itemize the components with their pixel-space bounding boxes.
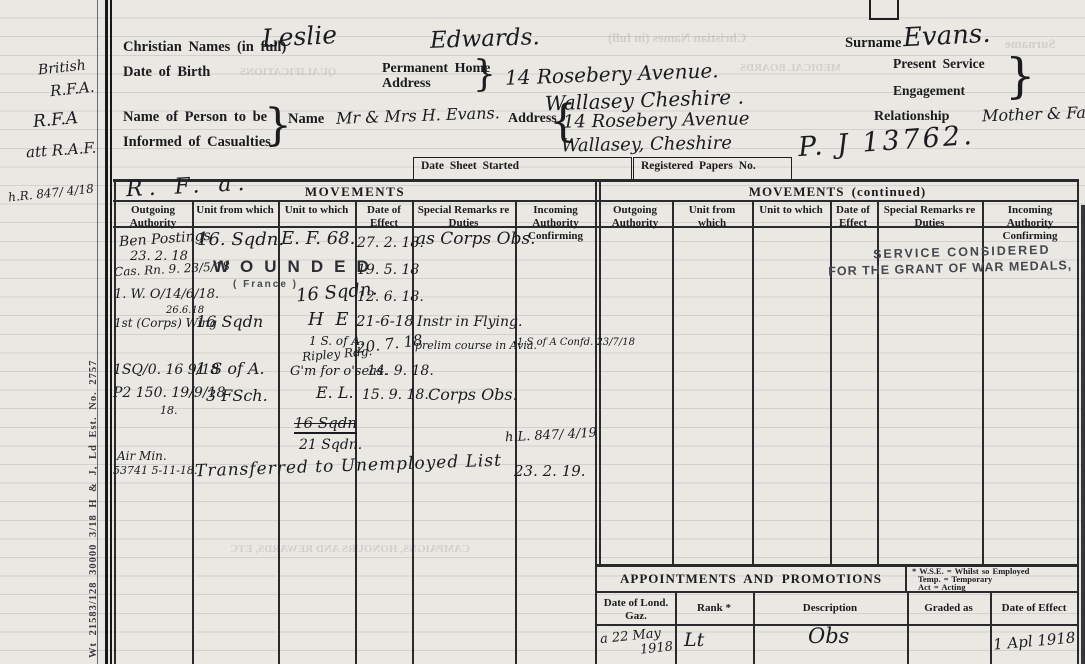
entry8-struck-unit: 16 Sqdn bbox=[294, 414, 357, 434]
appt-date-effect: 1 Apl 1918 bbox=[992, 628, 1076, 653]
col2-unit-to: Unit to which bbox=[754, 204, 828, 217]
left-table-border-left bbox=[114, 179, 116, 664]
page-fold-line-heavy2 bbox=[110, 0, 112, 664]
appointments-divider-4 bbox=[990, 591, 992, 664]
ghost-campaigns: CAMPAIGNS, HONOURS AND REWARDS, ETC bbox=[230, 543, 470, 555]
date-of-birth-label: Date of Birth bbox=[123, 64, 210, 81]
entry7-unit-from: 3 FSch. bbox=[206, 386, 268, 405]
service-engagement-brace: } bbox=[1005, 48, 1036, 104]
appointments-divider-2 bbox=[753, 591, 755, 664]
margin-note-att-raf: att R.A.F. bbox=[25, 139, 96, 162]
appointments-header-top bbox=[597, 591, 1078, 593]
entry3-date: 12. 6. 18. bbox=[357, 289, 424, 305]
registered-papers-label: Registered Papers No. bbox=[641, 160, 756, 172]
margin-ref-number: h.R. 847/ 4/18 bbox=[8, 182, 95, 205]
entry3-authority: 1. W. O/14/6/18. bbox=[114, 287, 219, 302]
casualties-label-line1: Name of Person to be bbox=[123, 109, 267, 126]
col2-unit-from: Unit from which bbox=[674, 204, 750, 230]
center-divider-heavy2 bbox=[599, 179, 601, 565]
date-sheet-started-label: Date Sheet Started bbox=[421, 160, 519, 172]
entry9-authority1: Air Min. bbox=[117, 449, 167, 463]
col-date-lond-gaz: Date of Lond. Gaz. bbox=[599, 597, 673, 623]
ghost-qualifications: QUALIFICATIONS bbox=[240, 66, 336, 78]
entry1-unit-from: 16. Sqdn. bbox=[197, 229, 284, 250]
appointments-divider-1 bbox=[675, 591, 677, 664]
appointments-divider-3 bbox=[907, 591, 909, 664]
casualty-name-value: Mr & Mrs H. Evans. bbox=[336, 103, 500, 128]
relationship-value: Mother & Father bbox=[982, 102, 1085, 126]
page-fold-line-thin bbox=[97, 0, 98, 664]
col2-outgoing-authority: Outgoing Authority bbox=[599, 204, 671, 230]
col-rank: Rank * bbox=[677, 602, 751, 615]
page-right-edge bbox=[1081, 205, 1085, 664]
entry7-remarks: Corps Obs. bbox=[428, 385, 518, 404]
entry7-unit-to: E. L. bbox=[316, 383, 354, 402]
col-date-effect2: Date of Effect bbox=[992, 602, 1076, 615]
entry8-unit-to: 21 Sqdn. bbox=[299, 437, 362, 453]
col2-incoming-authority: Incoming Authority Confirming bbox=[984, 204, 1076, 243]
permanent-home-address-label: Address bbox=[382, 76, 431, 92]
entry8-ref: h.L. 847/ 4/19 bbox=[505, 426, 598, 446]
col-graded-as: Graded as bbox=[909, 602, 988, 615]
christian-first-value: Leslie bbox=[261, 20, 337, 53]
wounded-stamp-france: ( France ) bbox=[233, 279, 298, 290]
home-address-brace: } bbox=[473, 54, 496, 95]
engagement-label: Engagement bbox=[893, 83, 965, 99]
wounded-stamp: WOUNDED bbox=[213, 257, 380, 277]
movements-title: MOVEMENTS bbox=[113, 184, 597, 200]
ghost-medical-boards: MEDICAL BOARDS bbox=[740, 62, 841, 74]
entry7-date: 15. 9. 18. bbox=[362, 387, 429, 403]
entry9-authority2: 53741 5-11-18. bbox=[113, 464, 197, 477]
entry2-date: 19. 5. 18 bbox=[357, 262, 419, 278]
right-table-divider-1 bbox=[672, 200, 674, 565]
appt-description: Obs bbox=[808, 624, 849, 648]
entry7-authority2: 18. bbox=[160, 404, 178, 417]
appt-date-gaz-2: 1918 bbox=[639, 639, 673, 657]
right-title-underline bbox=[597, 200, 1078, 202]
col2-special-remarks: Special Remarks re Duties bbox=[879, 204, 980, 230]
entry5-incoming: 1 S of A Confd. 23/7/18 bbox=[517, 337, 635, 348]
col-outgoing-authority: Outgoing Authority bbox=[115, 204, 191, 230]
entry6-date: 14. 9. 18. bbox=[367, 363, 434, 379]
margin-note-rfa1: R.F.A. bbox=[49, 78, 95, 101]
christian-middle-value: Edwards. bbox=[430, 24, 541, 54]
col-unit-from: Unit from which bbox=[194, 204, 276, 217]
entry1-unit-to: E. F. 68. bbox=[281, 228, 355, 249]
pj-number-value: P. J 13762. bbox=[797, 120, 975, 163]
entry6-unit-from: 1 S of A. bbox=[196, 359, 265, 378]
appointments-title: APPOINTMENTS AND PROMOTIONS bbox=[597, 571, 905, 587]
right-table-divider-3 bbox=[830, 200, 832, 565]
entry4-unit-from: 16 Sqdn bbox=[196, 312, 263, 331]
entry9-date: 23. 2. 19. bbox=[514, 462, 586, 480]
col-date-of-effect: Date of Effect bbox=[357, 204, 411, 230]
entry1-date: 27. 2. 18. bbox=[357, 235, 424, 251]
entry4-remarks: Instr in Flying. bbox=[417, 314, 522, 330]
casualty-address-line1: 14 Rosebery Avenue bbox=[563, 108, 750, 132]
entry4-unit-to: H E bbox=[308, 309, 352, 330]
surname-value: Evans. bbox=[902, 19, 991, 54]
entry4-date: 21-6-18 bbox=[356, 312, 414, 330]
service-record-sheet: Wt 21583/128 30000 3/18 H & J, Ld Est. N… bbox=[0, 0, 1085, 664]
surname-label: Surname bbox=[845, 35, 901, 52]
appt-rank: Lt bbox=[684, 629, 704, 651]
col-description: Description bbox=[755, 602, 905, 615]
entry1-remarks: as Corps Obs. bbox=[416, 229, 536, 249]
casualties-label-line2: Informed of Casualties bbox=[123, 134, 271, 151]
col-special-remarks: Special Remarks re Duties bbox=[414, 204, 513, 230]
ghost-christian-names: Christian Names (in full) bbox=[608, 30, 746, 46]
col2-date-of-effect: Date of Effect bbox=[831, 204, 875, 230]
margin-note-british: British bbox=[37, 58, 86, 79]
right-table-divider-2 bbox=[752, 200, 754, 565]
name-label: Name bbox=[288, 111, 324, 128]
margin-note-rfa2: R.F.A bbox=[32, 108, 79, 132]
movements-continued-title: MOVEMENTS (continued) bbox=[597, 184, 1078, 200]
col-unit-to: Unit to which bbox=[280, 204, 353, 217]
war-medals-stamp: SERVICE CONSIDERED FOR THE GRANT OF WAR … bbox=[846, 242, 1079, 278]
present-service-label: Present Service bbox=[893, 56, 985, 72]
top-edge-box bbox=[869, 0, 899, 20]
home-address-line1: 14 Rosebery Avenue. bbox=[505, 58, 719, 89]
appointments-note-divider bbox=[905, 567, 907, 591]
page-fold-line-heavy1 bbox=[105, 0, 108, 664]
entry9-text: Transferred to Unemployed List bbox=[195, 451, 502, 482]
casualty-address-line2: Wallasey, Cheshire bbox=[561, 133, 732, 157]
